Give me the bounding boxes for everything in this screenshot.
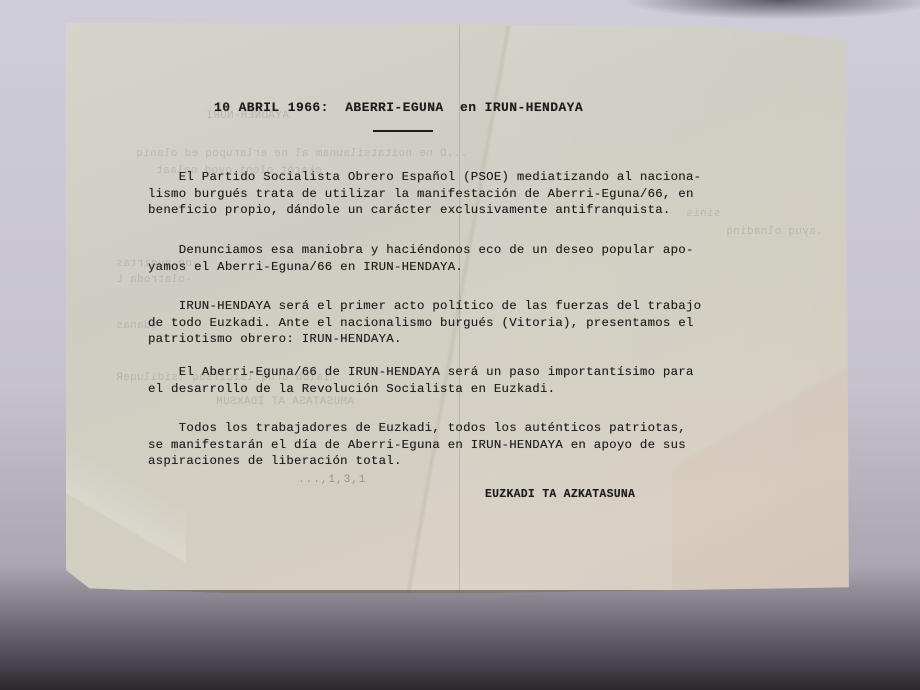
paragraph-line: el desarrollo de la Revolución Socialist…	[148, 381, 694, 398]
paragraph-line: IRUN-HENDAYA será el primer acto polític…	[148, 298, 701, 315]
signature: EUZKADI TA AZKATASUNA	[485, 488, 635, 501]
paragraph-line: patriotismo obrero: IRUN-HENDAYA.	[148, 331, 701, 348]
paragraph-line: Todos los trabajadores de Euzkadi, todos…	[148, 420, 686, 437]
paragraph-line: lismo burgués trata de utilizar la manif…	[148, 186, 701, 203]
paragraph-3: IRUN-HENDAYA será el primer acto polític…	[148, 298, 701, 348]
bleed-through-text: -olatroda L	[116, 274, 192, 286]
paragraph-line: yamos el Aberri-Eguna/66 en IRUN-HENDAYA…	[148, 259, 694, 276]
bleed-through-text: ...D ne noitatsilaunam al ne erlarupoq e…	[136, 148, 467, 160]
paragraph-4: El Aberri-Eguna/66 de IRUN-HENDAYA será …	[148, 364, 694, 397]
paragraph-5: Todos los trabajadores de Euzkadi, todos…	[148, 420, 686, 470]
paragraph-line: de todo Euzkadi. Ante el nacionalismo bu…	[148, 315, 701, 332]
bleed-through-text: AMUSATASA AT IDAXSUM	[216, 396, 354, 408]
paragraph-line: Denunciamos esa maniobra y haciéndonos e…	[148, 242, 694, 259]
paragraph-1: El Partido Socialista Obrero Español (PS…	[148, 169, 701, 219]
paragraph-line: El Aberri-Eguna/66 de IRUN-HENDAYA será …	[148, 364, 694, 381]
paragraph-line: aspiraciones de liberación total.	[148, 453, 686, 470]
paragraph-line: El Partido Socialista Obrero Español (PS…	[148, 169, 701, 186]
bleed-through-text: .ayuq olnadinq	[726, 226, 823, 238]
faint-stamp-marks: ...,1,3,1	[298, 474, 366, 486]
paragraph-line: beneficio propio, dándole un carácter ex…	[148, 202, 701, 219]
background-shadow	[620, 0, 920, 20]
paragraph-2: Denunciamos esa maniobra y haciéndonos e…	[148, 242, 694, 275]
title-underline	[373, 130, 433, 132]
document-title: 10 ABRIL 1966: ABERRI-EGUNA en IRUN-HEND…	[214, 100, 583, 115]
paper-fold-right	[672, 233, 852, 593]
paragraph-line: se manifestarán el día de Aberri-Eguna e…	[148, 437, 686, 454]
